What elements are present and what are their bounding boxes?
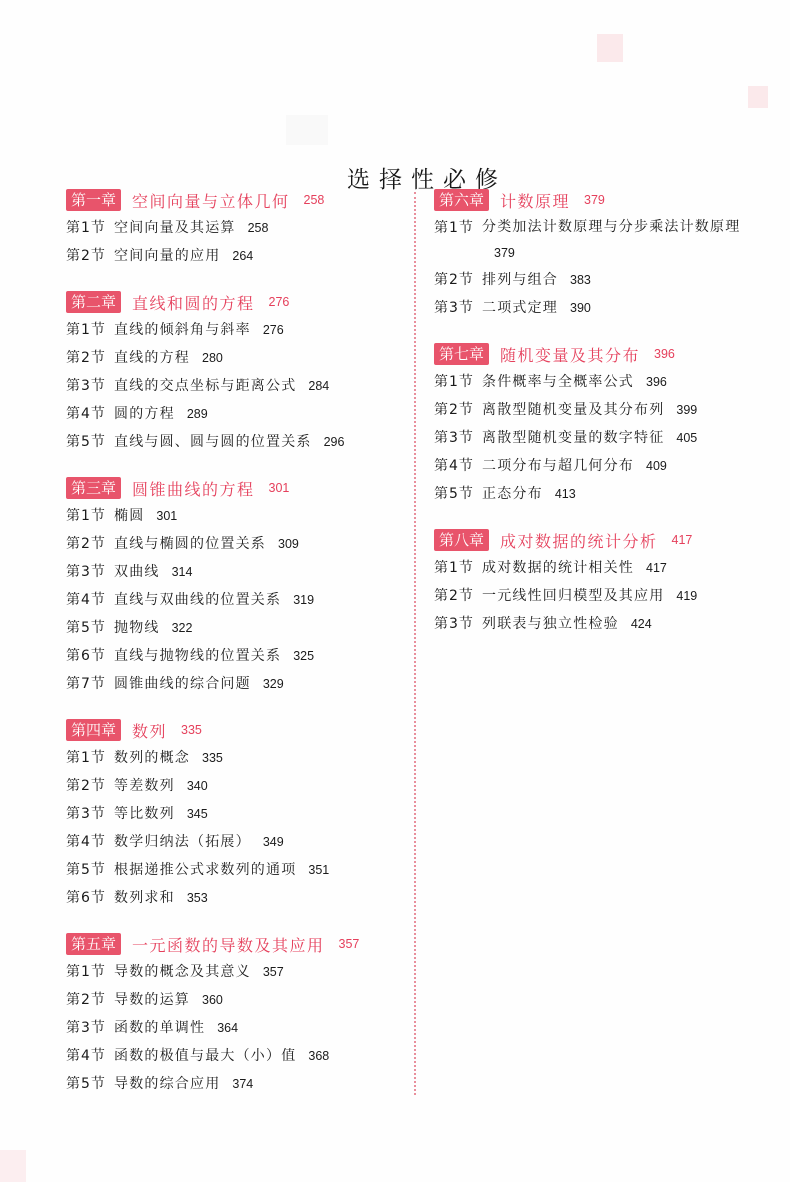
chapter-8: 第八章 成对数据的统计分析 417 第1节 成对数据的统计相关性417 第2节 …: [434, 528, 764, 638]
chapter-1: 第一章 空间向量与立体几何 258 第1节 空间向量及其运算258 第2节 空间…: [66, 188, 411, 270]
section-number: 第5节: [66, 856, 114, 884]
section-page-number: 340: [187, 779, 208, 793]
section-page-number: 314: [172, 565, 193, 579]
section-page-number: 335: [202, 751, 223, 765]
section-number: 第1节: [66, 502, 114, 530]
section-title: 空间向量及其运算: [114, 220, 236, 236]
section-entry[interactable]: 第2节 直线的方程280: [66, 344, 411, 372]
section-title: 圆的方程: [114, 406, 175, 422]
section-page-number: 280: [202, 351, 223, 365]
chapter-4: 第四章 数列 335 第1节 数列的概念335 第2节 等差数列340 第3节 …: [66, 718, 411, 912]
section-number: 第5节: [66, 614, 114, 642]
section-title: 数学归纳法（拓展）: [114, 834, 251, 850]
section-page-number: 353: [187, 891, 208, 905]
chapter-heading[interactable]: 第三章 圆锥曲线的方程 301: [66, 476, 411, 500]
section-page-number: 296: [324, 435, 345, 449]
section-entry[interactable]: 第6节 直线与抛物线的位置关系325: [66, 642, 411, 670]
bleed-through-mark: [597, 34, 623, 62]
section-entry[interactable]: 第5节 根据递推公式求数列的通项351: [66, 856, 411, 884]
section-number: 第3节: [434, 610, 482, 638]
section-entry[interactable]: 第2节 直线与椭圆的位置关系309: [66, 530, 411, 558]
section-page-number: 383: [570, 273, 591, 287]
section-page-number: 325: [293, 649, 314, 663]
chapter-6: 第六章 计数原理 379 第1节 分类加法计数原理与分步乘法计数原理379 第2…: [434, 188, 764, 322]
section-entry[interactable]: 第6节 数列求和353: [66, 884, 411, 912]
chapter-title: 计数原理: [500, 189, 570, 212]
section-number: 第2节: [66, 344, 114, 372]
section-title: 直线与抛物线的位置关系: [114, 648, 281, 664]
section-page-number: 396: [646, 375, 667, 389]
chapter-3: 第三章 圆锥曲线的方程 301 第1节 椭圆301 第2节 直线与椭圆的位置关系…: [66, 476, 411, 698]
section-page-number: 390: [570, 301, 591, 315]
section-entry[interactable]: 第1节 条件概率与全概率公式396: [434, 368, 764, 396]
section-entry[interactable]: 第3节 二项式定理390: [434, 294, 764, 322]
chapter-badge: 第五章: [66, 933, 121, 955]
section-title: 直线的方程: [114, 350, 190, 366]
section-title: 直线与椭圆的位置关系: [114, 536, 266, 552]
chapter-page-number: 379: [584, 193, 605, 207]
section-number: 第2节: [434, 582, 482, 610]
section-entry[interactable]: 第1节 成对数据的统计相关性417: [434, 554, 764, 582]
section-page-number: 319: [293, 593, 314, 607]
section-entry[interactable]: 第1节 分类加法计数原理与分步乘法计数原理379: [434, 214, 764, 266]
section-title: 根据递推公式求数列的通项: [114, 862, 296, 878]
section-page-number: 368: [308, 1049, 329, 1063]
chapter-heading[interactable]: 第二章 直线和圆的方程 276: [66, 290, 411, 314]
chapter-page-number: 417: [672, 533, 693, 547]
section-entry[interactable]: 第1节 导数的概念及其意义357: [66, 958, 411, 986]
section-number: 第1节: [66, 316, 114, 344]
section-page-number: 405: [676, 431, 697, 445]
chapter-title: 圆锥曲线的方程: [132, 477, 255, 500]
toc-left-column: 第一章 空间向量与立体几何 258 第1节 空间向量及其运算258 第2节 空间…: [66, 188, 411, 1118]
section-title: 二项式定理: [482, 300, 558, 316]
section-entry[interactable]: 第2节 导数的运算360: [66, 986, 411, 1014]
chapter-badge: 第七章: [434, 343, 489, 365]
section-title: 导数的运算: [114, 992, 190, 1008]
section-page-number: 357: [263, 965, 284, 979]
section-title: 椭圆: [114, 508, 144, 524]
section-number: 第1节: [434, 554, 482, 582]
section-title: 二项分布与超几何分布: [482, 458, 634, 474]
chapter-badge: 第二章: [66, 291, 121, 313]
section-title: 双曲线: [114, 564, 160, 580]
chapter-title: 成对数据的统计分析: [500, 529, 658, 552]
chapter-heading[interactable]: 第七章 随机变量及其分布 396: [434, 342, 764, 366]
section-page-number: 289: [187, 407, 208, 421]
chapter-heading[interactable]: 第四章 数列 335: [66, 718, 411, 742]
section-title: 离散型随机变量及其分布列: [482, 402, 664, 418]
section-entry[interactable]: 第5节 正态分布413: [434, 480, 764, 508]
chapter-5: 第五章 一元函数的导数及其应用 357 第1节 导数的概念及其意义357 第2节…: [66, 932, 411, 1098]
section-page-number: 351: [308, 863, 329, 877]
section-page-number: 345: [187, 807, 208, 821]
section-number: 第4节: [66, 400, 114, 428]
section-title: 圆锥曲线的综合问题: [114, 676, 251, 692]
section-page-number: 258: [248, 221, 269, 235]
section-title: 成对数据的统计相关性: [482, 560, 634, 576]
section-title: 排列与组合: [482, 272, 558, 288]
section-title: 导数的概念及其意义: [114, 964, 251, 980]
chapter-title: 一元函数的导数及其应用: [132, 933, 325, 956]
section-entry[interactable]: 第1节 直线的倾斜角与斜率276: [66, 316, 411, 344]
section-page-number: 379: [494, 246, 515, 260]
section-entry[interactable]: 第1节 空间向量及其运算258: [66, 214, 411, 242]
section-page-number: 349: [263, 835, 284, 849]
section-page-number: 374: [232, 1077, 253, 1091]
section-title: 空间向量的应用: [114, 248, 220, 264]
section-title: 等差数列: [114, 778, 175, 794]
section-page-number: 424: [631, 617, 652, 631]
section-page-number: 360: [202, 993, 223, 1007]
chapter-heading[interactable]: 第五章 一元函数的导数及其应用 357: [66, 932, 411, 956]
chapter-2: 第二章 直线和圆的方程 276 第1节 直线的倾斜角与斜率276 第2节 直线的…: [66, 290, 411, 456]
section-page-number: 322: [172, 621, 193, 635]
section-number: 第6节: [66, 884, 114, 912]
section-title: 离散型随机变量的数字特征: [482, 430, 664, 446]
section-number: 第4节: [66, 828, 114, 856]
section-page-number: 329: [263, 677, 284, 691]
section-title: 导数的综合应用: [114, 1076, 220, 1092]
chapter-page-number: 357: [339, 937, 360, 951]
section-title: 函数的单调性: [114, 1020, 205, 1036]
section-number: 第1节: [434, 368, 482, 396]
section-number: 第2节: [66, 772, 114, 800]
section-number: 第4节: [66, 1042, 114, 1070]
chapter-badge: 第八章: [434, 529, 489, 551]
section-entry[interactable]: 第3节 列联表与独立性检验424: [434, 610, 764, 638]
section-entry[interactable]: 第2节 一元线性回归模型及其应用419: [434, 582, 764, 610]
chapter-title: 数列: [132, 719, 167, 742]
section-number: 第4节: [66, 586, 114, 614]
section-title: 列联表与独立性检验: [482, 616, 619, 632]
section-number: 第2节: [66, 242, 114, 270]
section-title: 等比数列: [114, 806, 175, 822]
section-entry[interactable]: 第5节 抛物线322: [66, 614, 411, 642]
section-number: 第2节: [66, 530, 114, 558]
chapter-heading[interactable]: 第六章 计数原理 379: [434, 188, 764, 212]
section-page-number: 301: [156, 509, 177, 523]
section-number: 第2节: [66, 986, 114, 1014]
section-number: 第1节: [66, 744, 114, 772]
toc-right-column: 第六章 计数原理 379 第1节 分类加法计数原理与分步乘法计数原理379 第2…: [434, 188, 764, 658]
section-entry[interactable]: 第7节 圆锥曲线的综合问题329: [66, 670, 411, 698]
section-title: 数列求和: [114, 890, 175, 906]
section-entry[interactable]: 第4节 直线与双曲线的位置关系319: [66, 586, 411, 614]
section-title: 数列的概念: [114, 750, 190, 766]
section-entry[interactable]: 第1节 椭圆301: [66, 502, 411, 530]
section-page-number: 413: [555, 487, 576, 501]
section-entry[interactable]: 第3节 离散型随机变量的数字特征405: [434, 424, 764, 452]
section-title: 直线的倾斜角与斜率: [114, 322, 251, 338]
chapter-heading[interactable]: 第八章 成对数据的统计分析 417: [434, 528, 764, 552]
section-number: 第4节: [434, 452, 482, 480]
section-entry[interactable]: 第5节 导数的综合应用374: [66, 1070, 411, 1098]
section-entry[interactable]: 第2节 排列与组合383: [434, 266, 764, 294]
section-number: 第3节: [434, 294, 482, 322]
section-number: 第1节: [66, 958, 114, 986]
chapter-title: 空间向量与立体几何: [132, 189, 290, 212]
chapter-page-number: 258: [304, 193, 325, 207]
chapter-page-number: 396: [654, 347, 675, 361]
chapter-badge: 第三章: [66, 477, 121, 499]
section-number: 第3节: [434, 424, 482, 452]
chapter-page-number: 276: [269, 295, 290, 309]
section-number: 第5节: [66, 1070, 114, 1098]
section-entry[interactable]: 第3节 直线的交点坐标与距离公式284: [66, 372, 411, 400]
section-number: 第7节: [66, 670, 114, 698]
section-title: 抛物线: [114, 620, 160, 636]
section-entry[interactable]: 第3节 双曲线314: [66, 558, 411, 586]
section-title: 正态分布: [482, 486, 543, 502]
section-title: 直线与双曲线的位置关系: [114, 592, 281, 608]
chapter-badge: 第四章: [66, 719, 121, 741]
bleed-through-mark: [286, 115, 328, 145]
section-number: 第1节: [434, 214, 482, 242]
chapter-page-number: 301: [269, 481, 290, 495]
section-title: 分类加法计数原理与分步乘法计数原理: [482, 219, 740, 235]
section-entry[interactable]: 第2节 空间向量的应用264: [66, 242, 411, 270]
chapter-heading[interactable]: 第一章 空间向量与立体几何 258: [66, 188, 411, 212]
section-page-number: 284: [308, 379, 329, 393]
section-entry[interactable]: 第4节 数学归纳法（拓展）349: [66, 828, 411, 856]
section-title: 函数的极值与最大（小）值: [114, 1048, 296, 1064]
chapter-7: 第七章 随机变量及其分布 396 第1节 条件概率与全概率公式396 第2节 离…: [434, 342, 764, 508]
bleed-through-mark: [748, 86, 768, 108]
section-number: 第3节: [66, 1014, 114, 1042]
chapter-page-number: 335: [181, 723, 202, 737]
section-entry[interactable]: 第5节 直线与圆、圆与圆的位置关系296: [66, 428, 411, 456]
section-entry[interactable]: 第2节 等差数列340: [66, 772, 411, 800]
section-number: 第1节: [66, 214, 114, 242]
section-entry[interactable]: 第2节 离散型随机变量及其分布列399: [434, 396, 764, 424]
section-page-number: 409: [646, 459, 667, 473]
section-number: 第3节: [66, 558, 114, 586]
chapter-title: 随机变量及其分布: [500, 343, 640, 366]
section-title: 条件概率与全概率公式: [482, 374, 634, 390]
section-page-number: 419: [676, 589, 697, 603]
section-entry[interactable]: 第3节 函数的单调性364: [66, 1014, 411, 1042]
section-number: 第5节: [66, 428, 114, 456]
section-page-number: 309: [278, 537, 299, 551]
section-number: 第3节: [66, 372, 114, 400]
section-page-number: 399: [676, 403, 697, 417]
chapter-badge: 第六章: [434, 189, 489, 211]
section-number: 第3节: [66, 800, 114, 828]
section-page-number: 364: [217, 1021, 238, 1035]
section-number: 第5节: [434, 480, 482, 508]
section-page-number: 417: [646, 561, 667, 575]
section-number: 第2节: [434, 396, 482, 424]
section-entry[interactable]: 第4节 函数的极值与最大（小）值368: [66, 1042, 411, 1070]
section-entry[interactable]: 第4节 二项分布与超几何分布409: [434, 452, 764, 480]
chapter-badge: 第一章: [66, 189, 121, 211]
section-page-number: 264: [232, 249, 253, 263]
column-divider: [414, 192, 416, 1095]
bleed-through-mark: [0, 1150, 26, 1182]
section-number: 第6节: [66, 642, 114, 670]
section-entry[interactable]: 第3节 等比数列345: [66, 800, 411, 828]
section-number: 第2节: [434, 266, 482, 294]
section-page-number: 276: [263, 323, 284, 337]
section-title: 直线与圆、圆与圆的位置关系: [114, 434, 312, 450]
section-title: 一元线性回归模型及其应用: [482, 588, 664, 604]
section-title: 直线的交点坐标与距离公式: [114, 378, 296, 394]
section-entry[interactable]: 第1节 数列的概念335: [66, 744, 411, 772]
section-entry[interactable]: 第4节 圆的方程289: [66, 400, 411, 428]
chapter-title: 直线和圆的方程: [132, 291, 255, 314]
